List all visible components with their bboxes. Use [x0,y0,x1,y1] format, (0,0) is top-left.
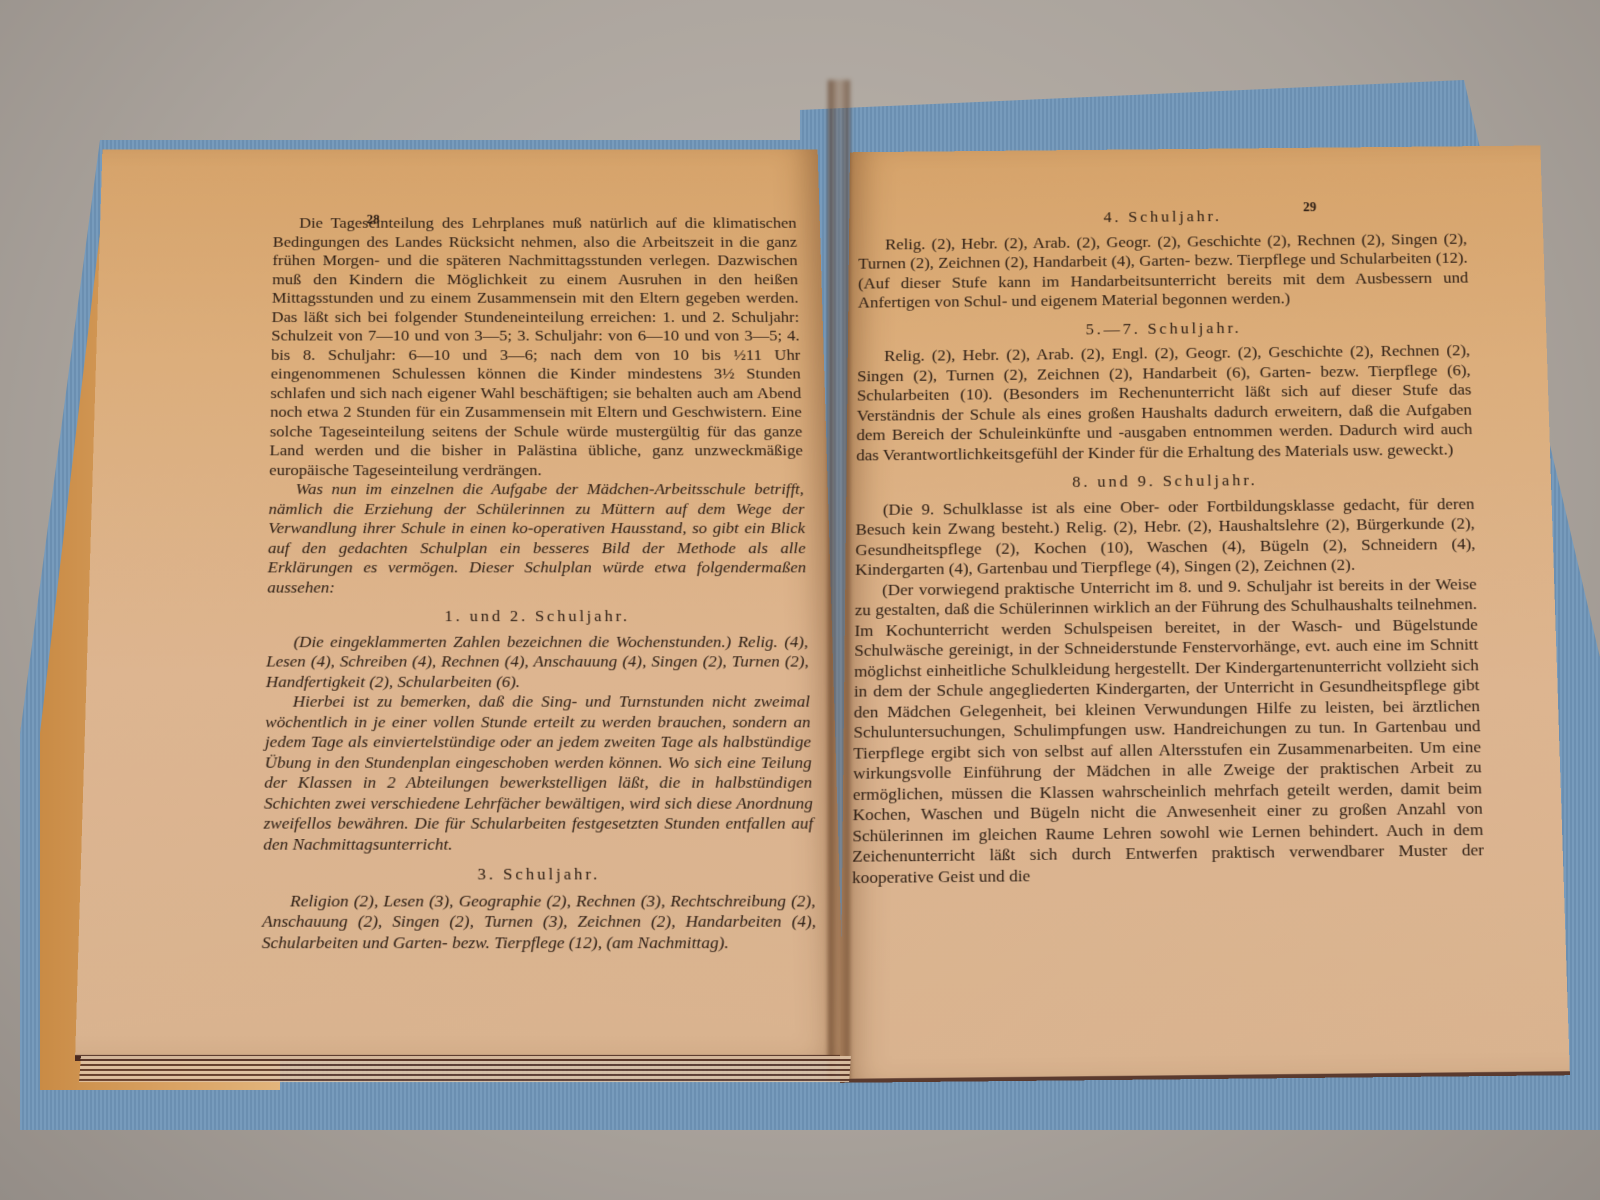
section-heading: 1. und 2. Schuljahr. [267,606,808,626]
paragraph: (Der vorwiegend praktische Unterricht im… [852,574,1485,888]
paragraph: Was nun im einzelnen die Aufgabe der Mäd… [267,480,807,598]
left-page: 28 Die Tageseinteilung des Lehrplanes mu… [75,149,845,1061]
page-edges [79,1056,851,1082]
paragraph: (Die eingeklammerten Zahlen bezeichnen d… [266,632,810,692]
left-page-text: Die Tageseinteilung des Lehrplanes muß n… [262,214,817,953]
paragraph: (Die 9. Schulklasse ist als eine Ober- o… [855,494,1476,580]
paragraph: Die Tageseinteilung des Lehrplanes muß n… [269,214,804,480]
paragraph: Hierbei ist zu bemerken, daß die Sing- u… [263,692,814,855]
paragraph: Relig. (2), Hebr. (2), Arab. (2), Geogr.… [858,229,1469,313]
section-heading: 4. Schuljahr. [859,204,1467,229]
section-heading: 8. und 9. Schuljahr. [856,468,1474,494]
right-page: 29 4. Schuljahr. Relig. (2), Hebr. (2), … [840,145,1570,1082]
section-heading: 3. Schuljahr. [263,864,815,885]
book-gutter [828,80,850,1080]
paragraph: Relig. (2), Hebr. (2), Arab. (2), Engl. … [856,341,1473,466]
section-heading: 5.—7. Schuljahr. [858,316,1470,342]
photo-scene: 28 Die Tageseinteilung des Lehrplanes mu… [0,0,1600,1200]
right-page-text: 4. Schuljahr. Relig. (2), Hebr. (2), Ara… [852,195,1485,888]
paragraph: Religion (2), Lesen (3), Geographie (2),… [262,890,817,952]
